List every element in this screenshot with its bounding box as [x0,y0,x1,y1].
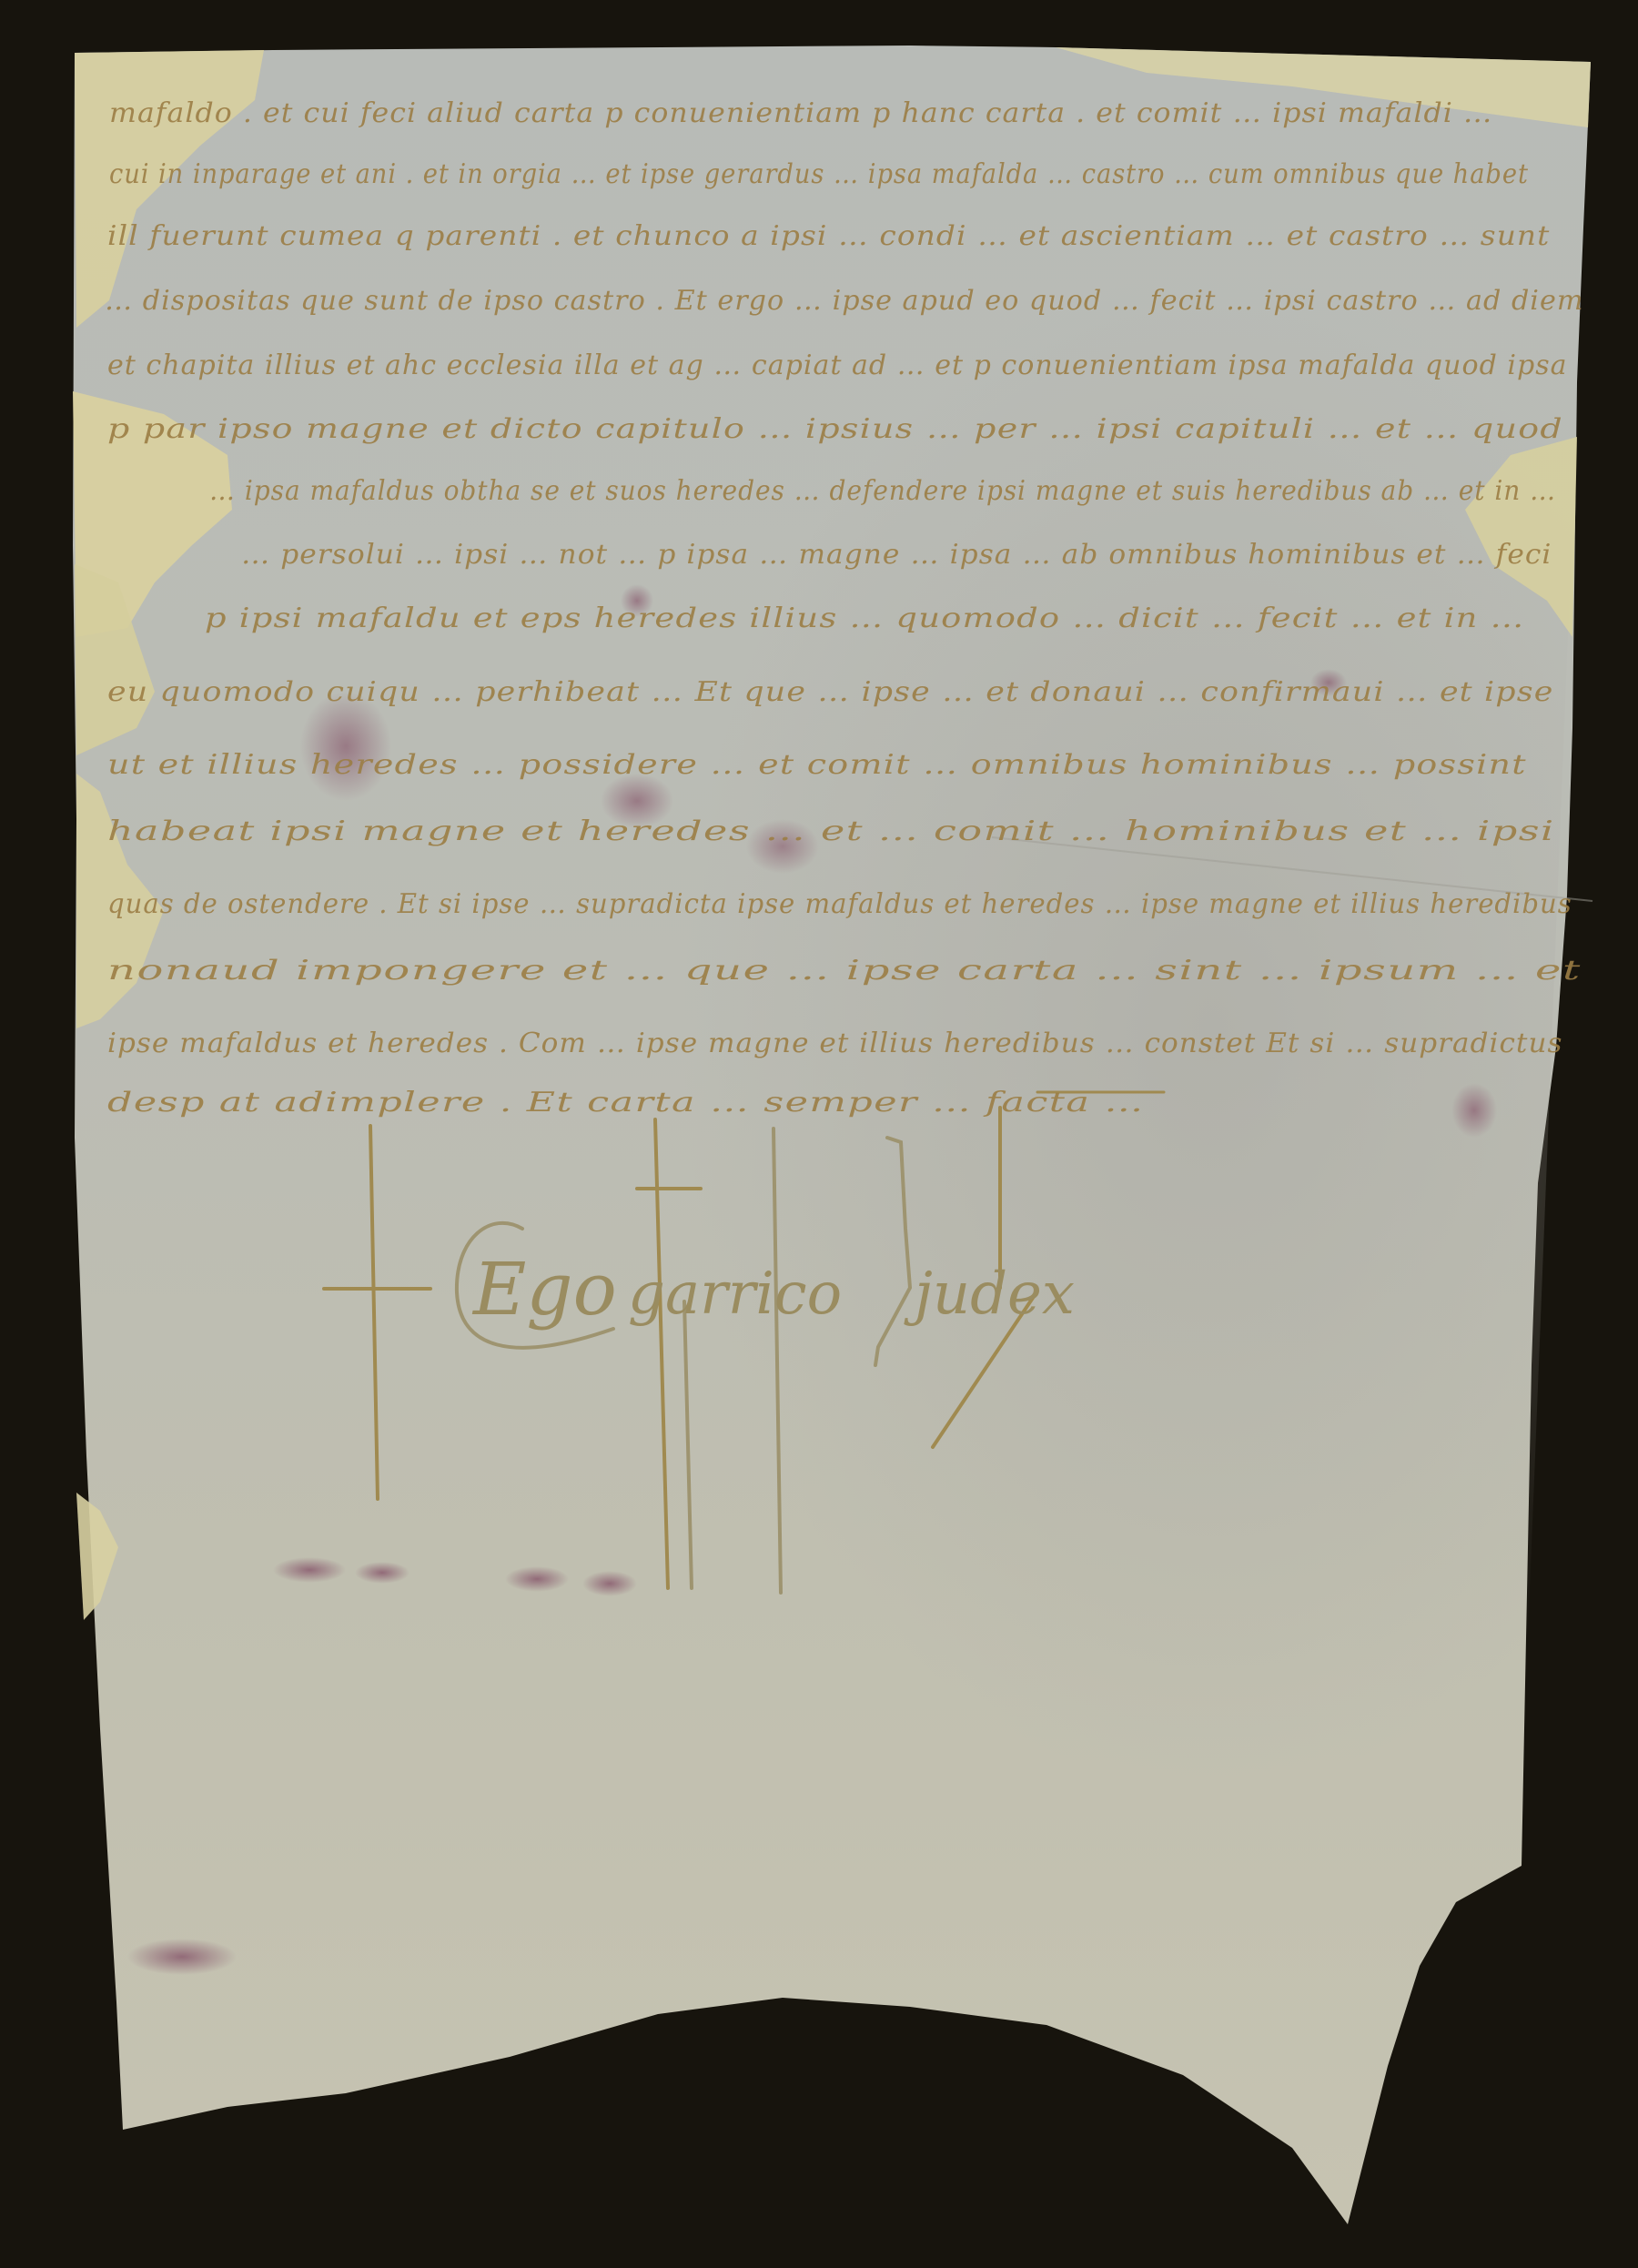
text-line: ut et illius heredes … possidere … et co… [107,749,1527,781]
text-line: quas de ostendere . Et si ipse … supradi… [107,888,1572,920]
text-line: habeat ipsi magne et heredes … et … comi… [107,815,1555,847]
signature-ego: Ego [473,1247,617,1331]
text-line: et chapita illius et ahc ecclesia illa e… [107,349,1568,381]
text-line: mafaldo . et cui feci aliud carta p conu… [109,97,1493,129]
text-line: ill fuerunt cumea q parenti . et chunco … [107,220,1550,252]
text-line: p par ipso magne et dicto capitulo … ips… [107,413,1563,445]
signature-judex: judex [915,1261,1075,1328]
parchment-shape [0,0,1638,2268]
text-line: p ipsi mafaldu et eps heredes illius … q… [205,602,1525,634]
text-line: … dispositas que sunt de ipso castro . E… [105,285,1583,317]
text-line: … persolui … ipsi … not … p ipsa … magne… [241,539,1552,571]
signature-garrico: garrico [628,1261,842,1328]
document-photo: mafaldo . et cui feci aliud carta p conu… [0,0,1638,2268]
text-line: desp at adimplere . Et carta … semper … … [107,1087,1145,1119]
text-line: cui in inparage et ani . et in orgia … e… [109,158,1529,190]
text-line: ipse mafaldus et heredes . Com … ipse ma… [107,1028,1562,1059]
text-line: nonaud impongere et … que … ipse carta …… [107,955,1582,987]
text-line: … ipsa mafaldus obtha se et suos heredes… [209,475,1556,507]
text-line: eu quomodo cuiqu … perhibeat … Et que … … [107,676,1553,708]
